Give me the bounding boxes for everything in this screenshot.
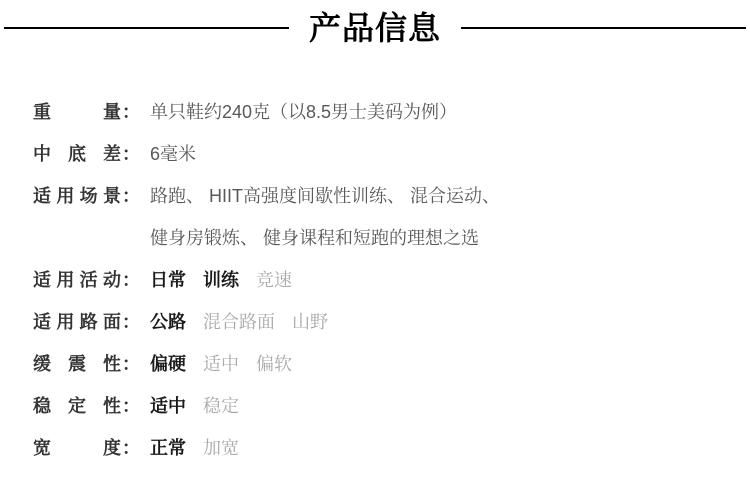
spec-label-colon: ： xyxy=(122,301,140,343)
spec-label-text: 缓震性 xyxy=(33,343,121,385)
spec-label: 适用路面： xyxy=(33,301,140,343)
spec-label-text: 中底差 xyxy=(33,133,121,175)
spec-row: 稳定性：适中稳定 xyxy=(33,385,750,427)
spec-option-unselected: 加宽 xyxy=(203,438,239,458)
spec-value: 正常加宽 xyxy=(150,427,256,469)
spec-row: 缓震性：偏硬适中偏软 xyxy=(33,343,750,385)
spec-label-colon: ： xyxy=(122,385,140,427)
spec-label-colon: ： xyxy=(122,427,140,469)
spec-row: 宽度：正常加宽 xyxy=(33,427,750,469)
header-divider-left xyxy=(4,27,289,29)
spec-option-selected: 训练 xyxy=(203,270,239,290)
spec-row: 适用活动：日常训练竞速 xyxy=(33,259,750,301)
spec-option-unselected: 山野 xyxy=(292,312,328,332)
spec-option-selected: 日常 xyxy=(150,270,186,290)
spec-label-colon: ： xyxy=(122,343,140,385)
spec-option-selected: 偏硬 xyxy=(150,354,186,374)
spec-label-text: 适用场景 xyxy=(33,175,121,217)
spec-label-colon: ： xyxy=(122,259,140,301)
spec-value-text: 6毫米 xyxy=(150,133,196,175)
header-divider-right xyxy=(461,27,746,29)
spec-label: 适用场景： xyxy=(33,175,140,217)
spec-row: 重量：单只鞋约240克（以8.5男士美码为例） xyxy=(33,91,750,133)
spec-label-colon: ： xyxy=(122,133,140,175)
spec-label-colon: ： xyxy=(122,175,140,217)
spec-label-colon: ： xyxy=(122,91,140,133)
spec-label: 适用活动： xyxy=(33,259,140,301)
spec-option-selected: 适中 xyxy=(150,396,186,416)
spec-value: 偏硬适中偏软 xyxy=(150,343,309,385)
spec-option-unselected: 偏软 xyxy=(256,354,292,374)
spec-label-text: 宽度 xyxy=(33,427,121,469)
spec-option-unselected: 竞速 xyxy=(256,270,292,290)
spec-label: 重量： xyxy=(33,91,140,133)
spec-label: 缓震性： xyxy=(33,343,140,385)
product-info-page: 产品信息 重量：单只鞋约240克（以8.5男士美码为例）中底差：6毫米适用场景：… xyxy=(0,0,750,486)
spec-value: 日常训练竞速 xyxy=(150,259,309,301)
spec-value: 单只鞋约240克（以8.5男士美码为例） xyxy=(150,91,457,133)
spec-option-unselected: 适中 xyxy=(203,354,239,374)
spec-list: 重量：单只鞋约240克（以8.5男士美码为例）中底差：6毫米适用场景：路跑、 H… xyxy=(0,91,750,469)
spec-value: 路跑、 HIIT高强度间歇性训练、 混合运动、健身房锻炼、 健身课程和短跑的理想… xyxy=(150,175,500,259)
spec-option-unselected: 混合路面 xyxy=(203,312,275,332)
spec-label-text: 稳定性 xyxy=(33,385,121,427)
spec-value: 公路混合路面山野 xyxy=(150,301,345,343)
spec-label-text: 适用活动 xyxy=(33,259,121,301)
spec-option-selected: 公路 xyxy=(150,312,186,332)
spec-label: 宽度： xyxy=(33,427,140,469)
spec-label-text: 适用路面 xyxy=(33,301,121,343)
spec-label: 中底差： xyxy=(33,133,140,175)
spec-value-text: 路跑、 HIIT高强度间歇性训练、 混合运动、 xyxy=(150,175,500,217)
spec-value: 适中稳定 xyxy=(150,385,256,427)
section-header: 产品信息 xyxy=(0,0,750,50)
spec-row: 适用场景：路跑、 HIIT高强度间歇性训练、 混合运动、健身房锻炼、 健身课程和… xyxy=(33,175,750,259)
spec-row: 中底差：6毫米 xyxy=(33,133,750,175)
spec-option-unselected: 稳定 xyxy=(203,396,239,416)
spec-value-text: 单只鞋约240克（以8.5男士美码为例） xyxy=(150,91,457,133)
spec-value-text: 健身房锻炼、 健身课程和短跑的理想之选 xyxy=(150,217,500,259)
spec-row: 适用路面：公路混合路面山野 xyxy=(33,301,750,343)
spec-option-selected: 正常 xyxy=(150,438,186,458)
spec-value: 6毫米 xyxy=(150,133,196,175)
section-title: 产品信息 xyxy=(309,12,441,44)
spec-label: 稳定性： xyxy=(33,385,140,427)
spec-label-text: 重量 xyxy=(33,91,121,133)
